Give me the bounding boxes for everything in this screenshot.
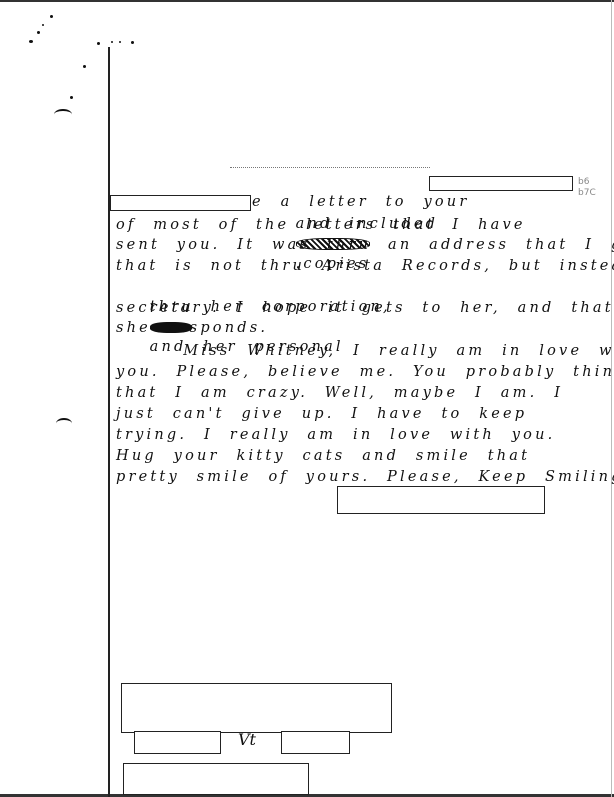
page-right-edge (611, 0, 612, 797)
scan-dot (119, 41, 121, 43)
letter-text: just can't give up. I have to keep (116, 406, 527, 422)
address-redaction-box (121, 683, 392, 733)
letter-text: secretary. I hope it gets to her, and th… (116, 300, 614, 316)
redaction-box (123, 763, 309, 795)
scan-dot (29, 40, 33, 43)
scan-dot (50, 15, 53, 18)
letter-text: of most of the letters that I have (116, 217, 526, 233)
letter-text: trying. I really am in love with you. (116, 427, 555, 443)
scan-dot (83, 65, 86, 68)
state-abbreviation: Vt (238, 730, 256, 749)
scan-dot (111, 41, 113, 43)
letter-line-3: of most of the letters that I have (116, 215, 526, 235)
letter-line-11: that I am crazy. Well, maybe I am. I (116, 383, 563, 403)
letter-line-4: sent you. It was thru an address that I … (116, 235, 614, 255)
scan-dot (42, 24, 44, 26)
scan-dot (131, 41, 134, 44)
letter-line-14: Hug your kitty cats and smile that (116, 446, 530, 466)
letter-text: pretty smile of yours. Please, Keep Smil… (116, 469, 614, 485)
left-margin-rule (108, 47, 110, 797)
letter-text: sent you. It was thru an address that I … (116, 237, 614, 253)
letter-line-15: pretty smile of yours. Please, Keep Smil… (116, 467, 614, 487)
letter-line-9: Miss Whitney, I really am in love with (116, 341, 614, 361)
redaction-box (134, 731, 221, 754)
exemption-code-b6: b6 (578, 177, 589, 187)
punch-hole-mark (54, 109, 72, 120)
letter-line-12: just can't give up. I have to keep (116, 404, 527, 424)
letter-text: that I am crazy. Well, maybe I am. I (116, 385, 563, 401)
redaction-box (281, 731, 350, 754)
letter-line-5: that is not thru Arista Records, but ins… (116, 256, 614, 276)
redaction-box (429, 176, 573, 191)
letter-text: she responds. (116, 320, 268, 336)
scan-artifact-line (230, 167, 430, 169)
letter-line-13: trying. I really am in love with you. (116, 425, 555, 445)
scan-dot (37, 31, 40, 34)
letter-text: that is not thru Arista Records, but ins… (116, 258, 614, 274)
letter-line-8: she responds. (116, 318, 268, 338)
letter-text: Miss Whitney, I really am in love with (116, 343, 614, 359)
letter-text: Hug your kitty cats and smile that (116, 448, 530, 464)
redaction-box (110, 195, 251, 211)
signature-redaction-box (337, 486, 545, 514)
page-top-edge (0, 0, 614, 2)
letter-line-10: you. Please, believe me. You probably th… (116, 362, 614, 382)
letter-line-7: secretary. I hope it gets to her, and th… (116, 298, 614, 318)
scan-dot (97, 42, 100, 45)
letter-text: you. Please, believe me. You probably th… (116, 364, 614, 380)
exemption-code-b7c: b7C (578, 188, 596, 198)
scan-dot (70, 96, 73, 99)
punch-hole-mark (56, 418, 72, 429)
